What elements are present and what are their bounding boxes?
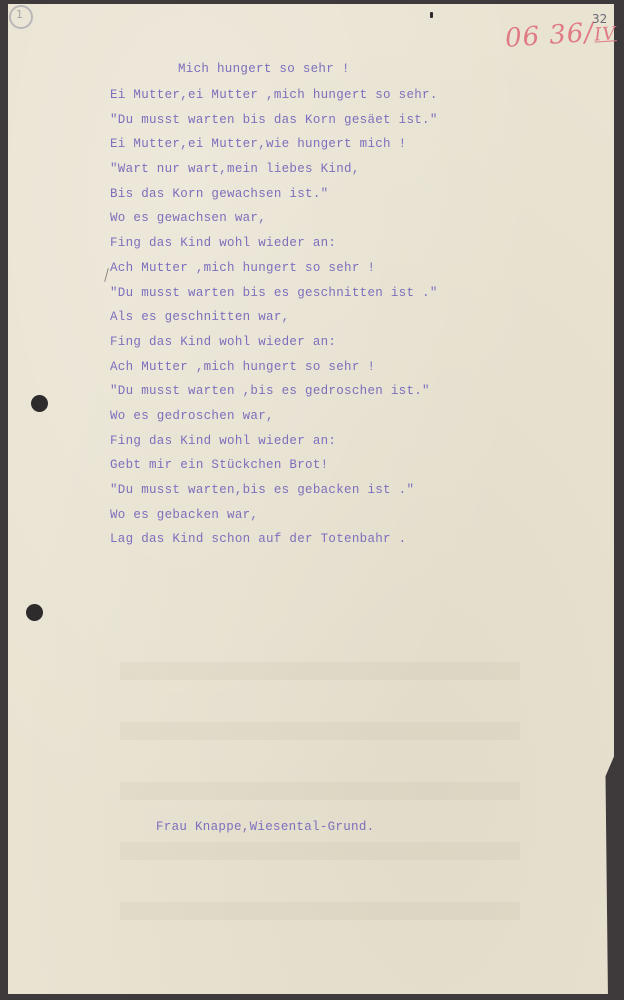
poem-line: Wo es gedroschen war, xyxy=(110,408,438,433)
poem-line: Lag das Kind schon auf der Totenbahr . xyxy=(110,531,438,556)
poem-title: Mich hungert so sehr ! xyxy=(178,62,350,76)
poem-line: Fing das Kind wohl wieder an: xyxy=(110,334,438,359)
poem-line: "Du musst warten bis das Korn gesäet ist… xyxy=(110,112,438,137)
archive-number-main: 06 36/ xyxy=(504,18,595,54)
poem-line: Ei Mutter,ei Mutter,wie hungert mich ! xyxy=(110,136,438,161)
corner-stamp-number: 1 xyxy=(16,8,23,21)
poem-line: Fing das Kind wohl wieder an: xyxy=(110,235,438,260)
poem-line: "Du musst warten bis es geschnitten ist … xyxy=(110,285,438,310)
punch-hole xyxy=(31,395,48,412)
poem-line: Wo es gewachsen war, xyxy=(110,210,438,235)
bleed-through xyxy=(120,620,520,920)
corner-stamp: 1 xyxy=(9,5,33,29)
poem-line: Ach Mutter ,mich hungert so sehr ! xyxy=(110,260,438,285)
poem-line: Als es geschnitten war, xyxy=(110,309,438,334)
poem-body: Ei Mutter,ei Mutter ,mich hungert so seh… xyxy=(110,87,438,556)
poem-line: Ach Mutter ,mich hungert so sehr ! xyxy=(110,359,438,384)
poem-line: Wo es gebacken war, xyxy=(110,507,438,532)
poem-line: "Wart nur wart,mein liebes Kind, xyxy=(110,161,438,186)
punch-hole xyxy=(26,604,43,621)
ink-speck xyxy=(430,12,433,18)
poem-line: Fing das Kind wohl wieder an: xyxy=(110,433,438,458)
poem-line: Bis das Korn gewachsen ist." xyxy=(110,186,438,211)
poem-line: "Du musst warten,bis es gebacken ist ." xyxy=(110,482,438,507)
signature: Frau Knappe,Wiesental-Grund. xyxy=(156,820,374,834)
poem-line: Gebt mir ein Stückchen Brot! xyxy=(110,457,438,482)
folio-number: 32 xyxy=(592,12,607,26)
poem-line: Ei Mutter,ei Mutter ,mich hungert so seh… xyxy=(110,87,438,112)
archive-number-roman: IV xyxy=(594,23,618,45)
poem-line: "Du musst warten ,bis es gedroschen ist.… xyxy=(110,383,438,408)
